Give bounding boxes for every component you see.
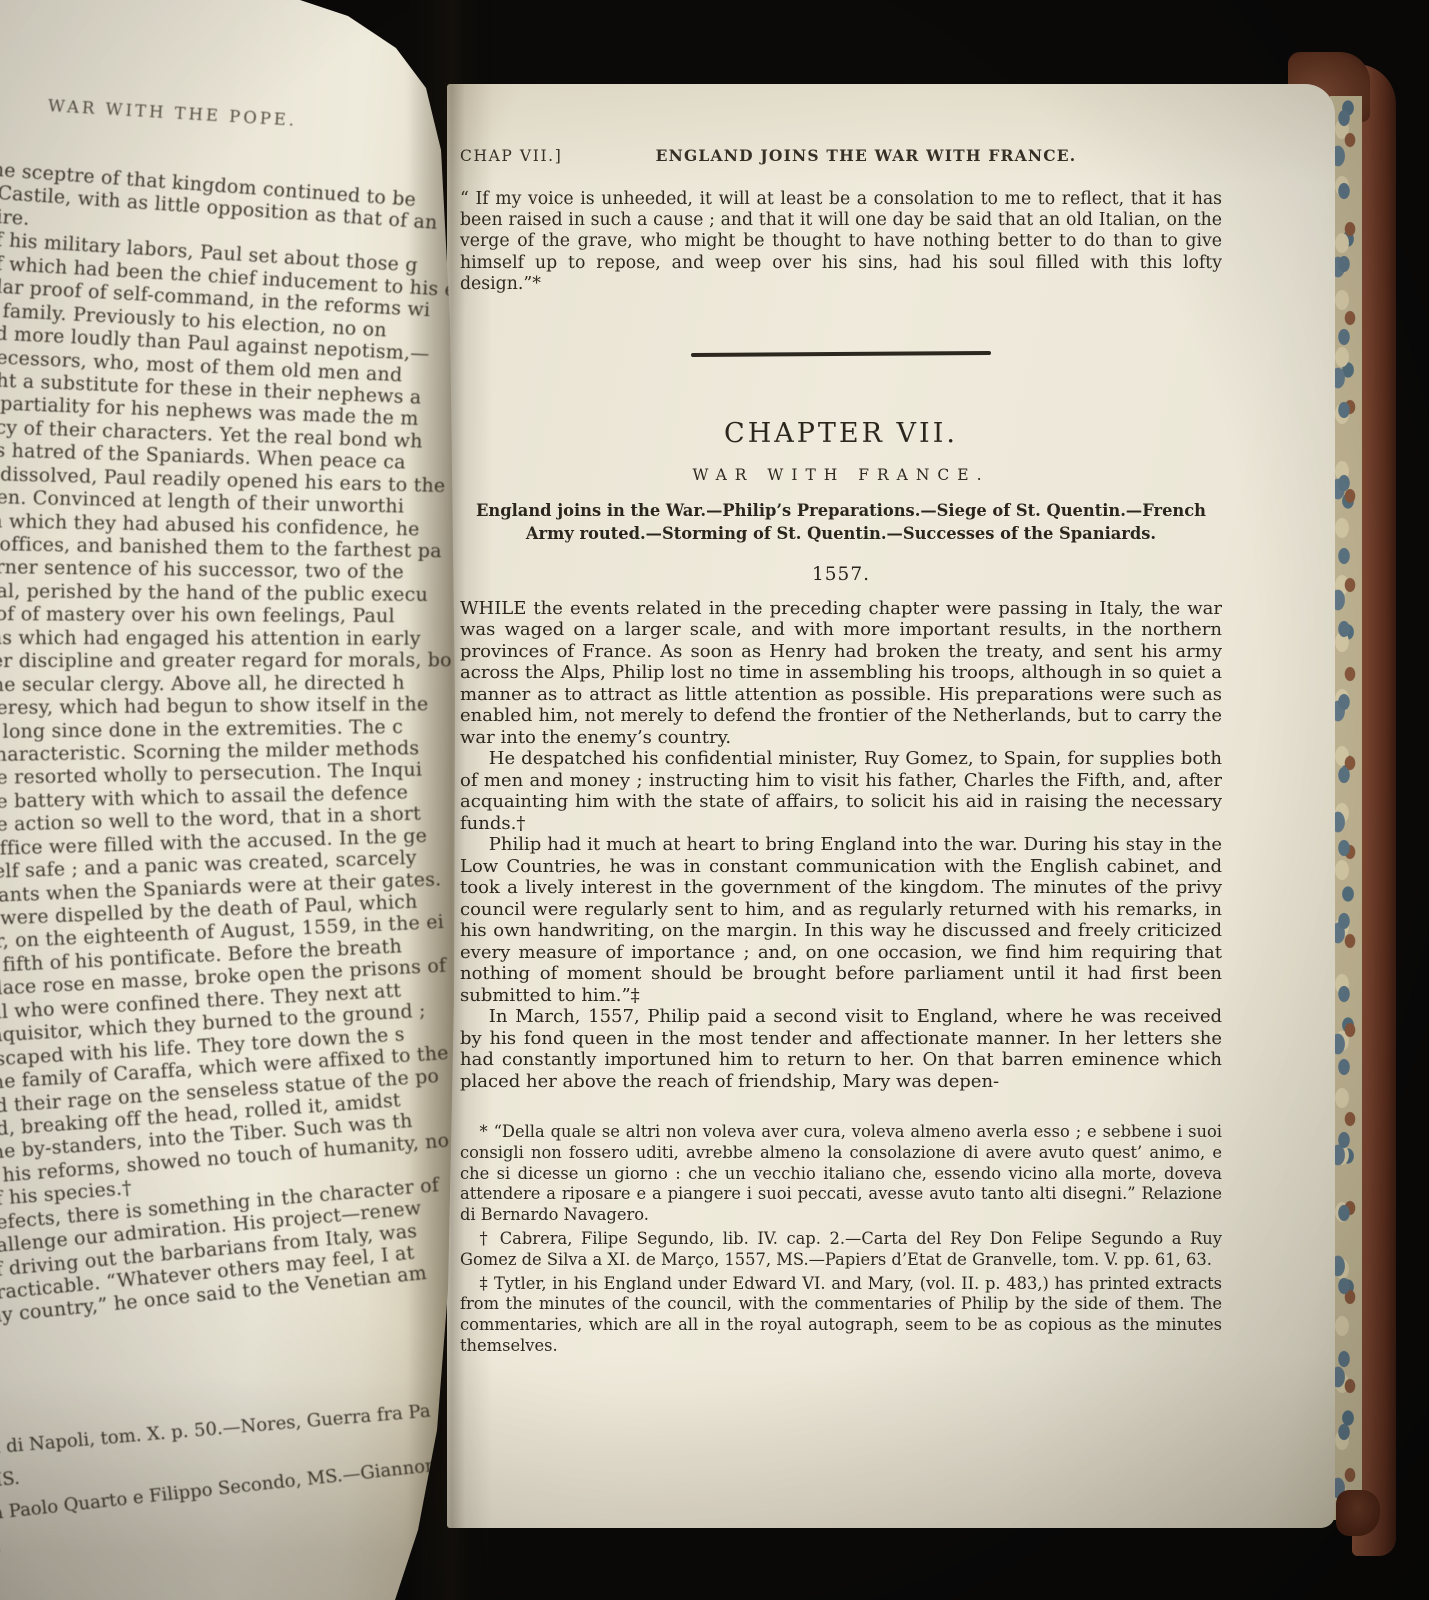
footnote: * “Della quale se altri non voleva aver … <box>460 1122 1222 1226</box>
left-page-footnotes: ia di Napoli, tom. X. p. 50.—Nores, Guer… <box>0 1432 504 1564</box>
year-heading: 1557. <box>460 564 1222 585</box>
left-page-line: oof of mastery over his own feelings, Pa… <box>0 603 504 629</box>
body-text: WHILE the events related in the precedin… <box>460 598 1222 1093</box>
running-head: CHAP VII.] ENGLAND JOINS THE WAR WITH FR… <box>460 146 1222 165</box>
right-page-text-block: CHAP VII.] ENGLAND JOINS THE WAR WITH FR… <box>460 84 1222 1360</box>
chapter-subheading: WAR WITH FRANCE. <box>460 466 1222 484</box>
chapter-heading: CHAPTER VII. <box>460 418 1222 449</box>
section-divider-rule <box>691 351 991 357</box>
footnote: † Cabrera, Filipe Segundo, lib. IV. cap.… <box>460 1229 1222 1271</box>
worn-bottom-edge <box>1336 1490 1380 1536</box>
left-page-body-lines: the sceptre of that kingdom continued to… <box>0 158 504 1330</box>
left-running-head: WAR WITH THE POPE. <box>47 96 297 130</box>
opening-quote: “ If my voice is unheeded, it will at le… <box>460 189 1222 295</box>
footnotes: * “Della quale se altri non voleva aver … <box>460 1122 1222 1357</box>
paragraph: WHILE the events related in the precedin… <box>460 598 1222 749</box>
running-head-title: ENGLAND JOINS THE WAR WITH FRANCE. <box>630 146 1102 165</box>
left-page: WAR WITH THE POPE. the sceptre of that k… <box>0 0 458 1600</box>
left-page-line: ms which had engaged his attention in ea… <box>0 627 504 651</box>
paragraph: Philip had it much at heart to bring Eng… <box>460 834 1222 1006</box>
book-photograph: { "scene": { "background_color": "#0b0a0… <box>0 0 1429 1600</box>
paragraph: He despatched his confidential minister,… <box>460 748 1222 834</box>
left-page-line: ter discipline and greater regard for mo… <box>0 649 504 673</box>
chapter-label: CHAP VII.] <box>460 147 630 165</box>
chapter-synopsis: England joins in the War.—Philip’s Prepa… <box>471 499 1211 545</box>
footnote: ‡ Tytler, in his England under Edward VI… <box>460 1274 1222 1357</box>
right-page: CHAP VII.] ENGLAND JOINS THE WAR WITH FR… <box>447 84 1335 1528</box>
paragraph: In March, 1557, Philip paid a second vis… <box>460 1006 1222 1092</box>
